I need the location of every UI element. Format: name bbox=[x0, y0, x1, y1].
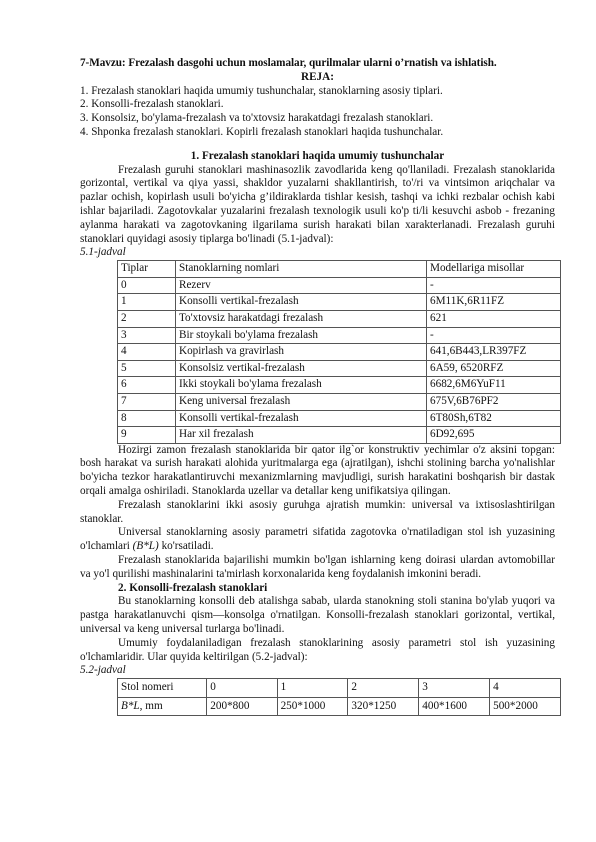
table-cell: Keng universal frezalash bbox=[176, 393, 427, 410]
table-cell: 400*1600 bbox=[419, 697, 490, 716]
section-2-heading: 2. Konsolli-frezalash stanoklari bbox=[80, 582, 555, 596]
table-cell: 6M11K,6R11FZ bbox=[427, 294, 561, 311]
section-2-paragraph: Bu stanoklarning konsolli deb atalishga … bbox=[80, 595, 555, 636]
table-row: Stol nomeri 0 1 2 3 4 bbox=[118, 679, 561, 698]
table-row: 4Kopirlash va gravirlash641,6B443,LR397F… bbox=[118, 344, 561, 361]
table-5-2-caption: 5.2-jadval bbox=[80, 664, 555, 678]
table-row: 9Har xil frezalash6D92,695 bbox=[118, 427, 561, 444]
table-5-2: Stol nomeri 0 1 2 3 4 B*L, mm 200*800 25… bbox=[117, 678, 561, 716]
table-cell: 2 bbox=[118, 310, 176, 327]
table-row: 3Bir stoykali bo'ylama frezalash- bbox=[118, 327, 561, 344]
plan-item: 1. Frezalash stanoklari haqida umumiy tu… bbox=[80, 85, 555, 99]
table-cell: - bbox=[427, 327, 561, 344]
section-1-paragraph: Frezalash stanoklarida bajarilishi mumki… bbox=[80, 554, 555, 582]
plan-list: 1. Frezalash stanoklari haqida umumiy tu… bbox=[80, 85, 555, 140]
section-1-paragraph: Frezalash stanoklarini ikki asosiy guruh… bbox=[80, 499, 555, 527]
plan-item: 2. Konsolli-frezalash stanoklari. bbox=[80, 98, 555, 112]
table-row: 5Konsolsiz vertikal-frezalash6A59, 6520R… bbox=[118, 360, 561, 377]
text-run: ko'rsatiladi. bbox=[159, 540, 214, 552]
table-cell: B*L, mm bbox=[118, 697, 207, 716]
table-cell: Stol nomeri bbox=[118, 679, 207, 698]
section-1-paragraph: Hozirgi zamon frezalash stanoklarida bir… bbox=[80, 444, 555, 499]
table-cell: Kopirlash va gravirlash bbox=[176, 344, 427, 361]
table-cell: 6D92,695 bbox=[427, 427, 561, 444]
table-5-1: Tiplar Stanoklarning nomlari Modellariga… bbox=[117, 260, 561, 444]
table-header-cell: Modellariga misollar bbox=[427, 261, 561, 278]
table-row: 8Konsolli vertikal-frezalash6T80Sh,6T82 bbox=[118, 410, 561, 427]
table-cell: 320*1250 bbox=[348, 697, 419, 716]
table-cell: 0 bbox=[207, 679, 277, 698]
table-cell: 1 bbox=[277, 679, 348, 698]
table-cell: Konsolsiz vertikal-frezalash bbox=[176, 360, 427, 377]
table-cell: 6 bbox=[118, 377, 176, 394]
plan-item: 3. Konsolsiz, bo'ylama-frezalash va to'x… bbox=[80, 112, 555, 126]
table-cell: 4 bbox=[490, 679, 561, 698]
table-cell: 3 bbox=[118, 327, 176, 344]
table-5-1-caption: 5.1-jadval bbox=[80, 246, 555, 260]
table-cell: 6T80Sh,6T82 bbox=[427, 410, 561, 427]
section-2-paragraph: Umumiy foydalaniladigan frezalash stanok… bbox=[80, 637, 555, 665]
table-cell: 6A59, 6520RFZ bbox=[427, 360, 561, 377]
table-cell: Konsolli vertikal-frezalash bbox=[176, 294, 427, 311]
table-cell: 6682,6M6YuF11 bbox=[427, 377, 561, 394]
section-1-paragraph: Frezalash guruhi stanoklari mashinasozli… bbox=[80, 164, 555, 247]
plan-item: 4. Shponka frezalash stanoklari. Kopirli… bbox=[80, 126, 555, 140]
document-page: 7-Mavzu: Frezalash dasgohi uchun moslama… bbox=[80, 57, 555, 716]
text-run: mm bbox=[142, 700, 162, 712]
table-header-cell: Stanoklarning nomlari bbox=[176, 261, 427, 278]
table-row: 6Ikki stoykali bo'ylama frezalash6682,6M… bbox=[118, 377, 561, 394]
section-1-heading: 1. Frezalash stanoklari haqida umumiy tu… bbox=[80, 150, 555, 164]
table-cell: 3 bbox=[419, 679, 490, 698]
table-header-cell: Tiplar bbox=[118, 261, 176, 278]
table-cell: 641,6B443,LR397FZ bbox=[427, 344, 561, 361]
table-cell: Har xil frezalash bbox=[176, 427, 427, 444]
table-cell: Bir stoykali bo'ylama frezalash bbox=[176, 327, 427, 344]
table-cell: - bbox=[427, 277, 561, 294]
table-cell: 250*1000 bbox=[277, 697, 348, 716]
table-row: 1Konsolli vertikal-frezalash6M11K,6R11FZ bbox=[118, 294, 561, 311]
table-cell: Konsolli vertikal-frezalash bbox=[176, 410, 427, 427]
table-row: B*L, mm 200*800 250*1000 320*1250 400*16… bbox=[118, 697, 561, 716]
table-cell: 8 bbox=[118, 410, 176, 427]
table-row: 7Keng universal frezalash675V,6B76PF2 bbox=[118, 393, 561, 410]
table-cell: 1 bbox=[118, 294, 176, 311]
spacer bbox=[80, 140, 555, 150]
table-cell: 621 bbox=[427, 310, 561, 327]
table-cell: Rezerv bbox=[176, 277, 427, 294]
table-cell: 4 bbox=[118, 344, 176, 361]
document-title: 7-Mavzu: Frezalash dasgohi uchun moslama… bbox=[80, 57, 555, 71]
table-cell: 675V,6B76PF2 bbox=[427, 393, 561, 410]
table-cell: 7 bbox=[118, 393, 176, 410]
table-cell: Ikki stoykali bo'ylama frezalash bbox=[176, 377, 427, 394]
table-cell: 9 bbox=[118, 427, 176, 444]
plan-heading: REJA: bbox=[80, 71, 555, 85]
table-header-row: Tiplar Stanoklarning nomlari Modellariga… bbox=[118, 261, 561, 278]
table-cell: 2 bbox=[348, 679, 419, 698]
table-cell: 200*800 bbox=[207, 697, 277, 716]
table-cell: To'xtovsiz harakatdagi frezalash bbox=[176, 310, 427, 327]
table-cell: 0 bbox=[118, 277, 176, 294]
table-cell: 500*2000 bbox=[490, 697, 561, 716]
text-run-italic: B*L, bbox=[121, 700, 142, 712]
table-row: 0Rezerv- bbox=[118, 277, 561, 294]
table-row: 2To'xtovsiz harakatdagi frezalash621 bbox=[118, 310, 561, 327]
table-cell: 5 bbox=[118, 360, 176, 377]
section-1-paragraph: Universal stanoklarning asosiy parametri… bbox=[80, 526, 555, 554]
text-run-italic: (B*L) bbox=[133, 540, 159, 552]
